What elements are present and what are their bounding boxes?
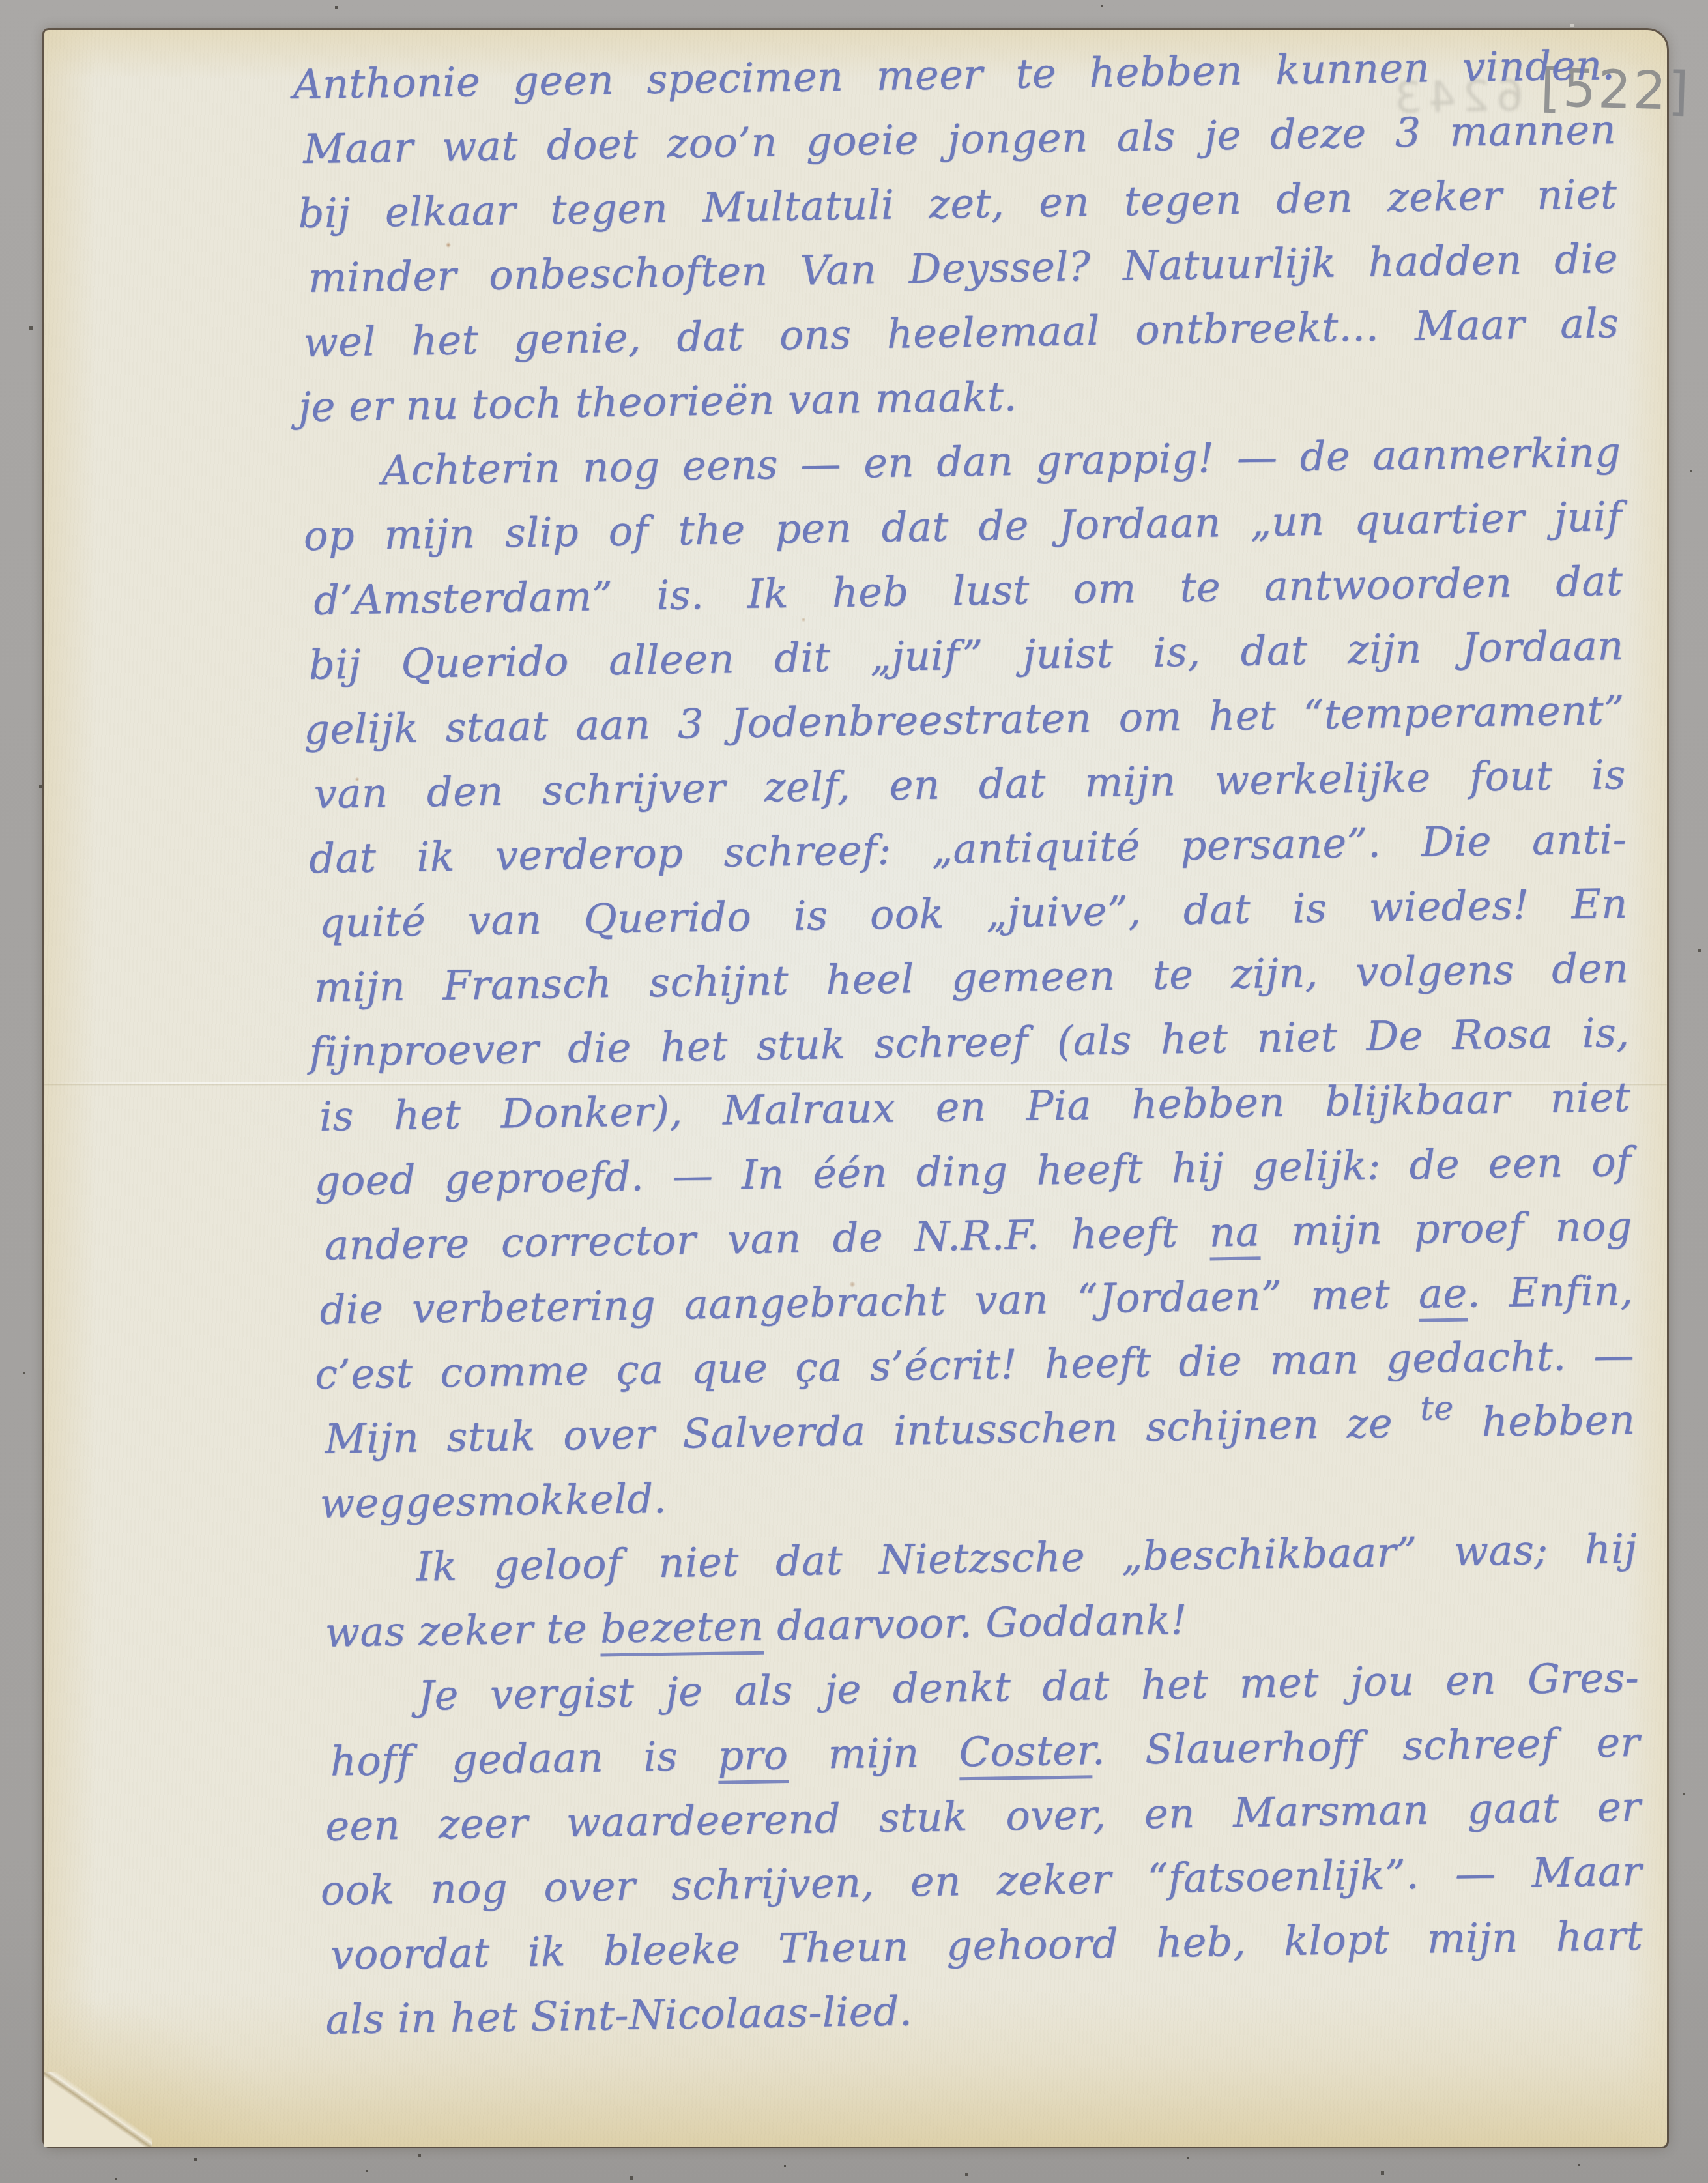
letter-text: als in het Sint-Nicolaas-lied.: [325, 1987, 913, 2043]
letter-text: bij Querido alleen dit „juif” juist is, …: [308, 622, 1624, 689]
letter-text: . Slauerhoff schreef er: [1092, 1718, 1640, 1774]
letter-page: 6243 [522] Anthonie geen specimen meer t…: [44, 30, 1667, 2147]
underlined-word: Coster: [959, 1726, 1092, 1780]
letter-text: voordat ik bleeke Theun gehoord heb, klo…: [330, 1912, 1643, 1979]
letter-text: mijn: [788, 1728, 959, 1778]
letter-text: weggesmokkeld.: [319, 1475, 667, 1527]
dust-specks: [0, 0, 2, 2]
letter-body: Anthonie geen specimen meer te hebben ku…: [44, 32, 1696, 2056]
letter-text: gelijk staat aan 3 Jodenbreestraten om h…: [304, 686, 1625, 753]
letter-text: bij elkaar tegen Multatuli zet, en tegen…: [298, 170, 1617, 237]
folded-corner: [44, 2072, 152, 2147]
letter-text: Anthonie geen specimen meer te hebben ku…: [293, 41, 1615, 108]
letter-text: daarvoor. Goddank!: [763, 1596, 1187, 1650]
letter-text: quité van Querido is ook „juive”, dat is…: [319, 880, 1628, 947]
letter-text: van den schrijver zelf, en dat mijn werk…: [313, 751, 1626, 818]
letter-text: is het Donker), Malraux en Pia hebben bl…: [319, 1073, 1631, 1140]
underlined-word: na: [1209, 1207, 1260, 1260]
letter-text: mijn proef nog: [1260, 1202, 1633, 1255]
letter-text: ook nog over schrijven, en zeker “fatsoe…: [320, 1847, 1642, 1915]
letter-text: c’est comme ça que ça s’écrit! heeft die…: [315, 1331, 1635, 1398]
scan-background: 6243 [522] Anthonie geen specimen meer t…: [0, 0, 1708, 2183]
letter-text: hebben: [1454, 1396, 1636, 1446]
letter-text: je er nu toch theorieën van maakt.: [298, 373, 1018, 431]
letter-text: andere corrector van de N.R.F. heeft: [325, 1208, 1210, 1269]
letter-text: Achterin nog eens — en dan grappig! — de…: [381, 428, 1621, 494]
letter-text: goed geproefd. — In één ding heeft hij g…: [314, 1138, 1632, 1205]
underlined-word: bezeten: [600, 1602, 764, 1657]
letter-text: Je vergist je als je denkt dat het met j…: [418, 1654, 1640, 1720]
underlined-word: ae: [1418, 1269, 1468, 1322]
letter-text: dat ik verderop schreef: „antiquité pers…: [309, 815, 1627, 882]
letter-text: . Enfin,: [1467, 1267, 1634, 1317]
letter-text: d’Amsterdam” is. Ik heb lust om te antwo…: [313, 557, 1623, 624]
letter-text: minder onbeschoften Van Deyssel? Natuurl…: [308, 235, 1619, 302]
letter-text: Ik geloof niet dat Nietzsche „beschikbaa…: [416, 1525, 1638, 1591]
letter-text: mijn Fransch schijnt heel gemeen te zijn…: [314, 944, 1629, 1011]
letter-text: op mijn slip of the pen dat de Jordaan „…: [303, 493, 1622, 560]
letter-text: die verbetering aangebracht van “Jordaen…: [319, 1270, 1419, 1334]
letter-text: Maar wat doet zoo’n goeie jongen als je …: [303, 106, 1617, 173]
underlined-word: pro: [717, 1731, 789, 1784]
letter-text: was zeker te: [325, 1604, 600, 1656]
letter-text: hoff gedaan is: [330, 1732, 718, 1785]
inserted-word: te: [1420, 1389, 1454, 1428]
letter-text: fijnproever die het stuk schreef (als he…: [309, 1009, 1630, 1076]
letter-text: een zeer waardeerend stuk over, en Marsm…: [325, 1783, 1642, 1850]
letter-text: Mijn stuk over Salverda intusschen schij…: [325, 1399, 1421, 1463]
letter-text: wel het genie, dat ons heelemaal ontbree…: [303, 299, 1619, 366]
